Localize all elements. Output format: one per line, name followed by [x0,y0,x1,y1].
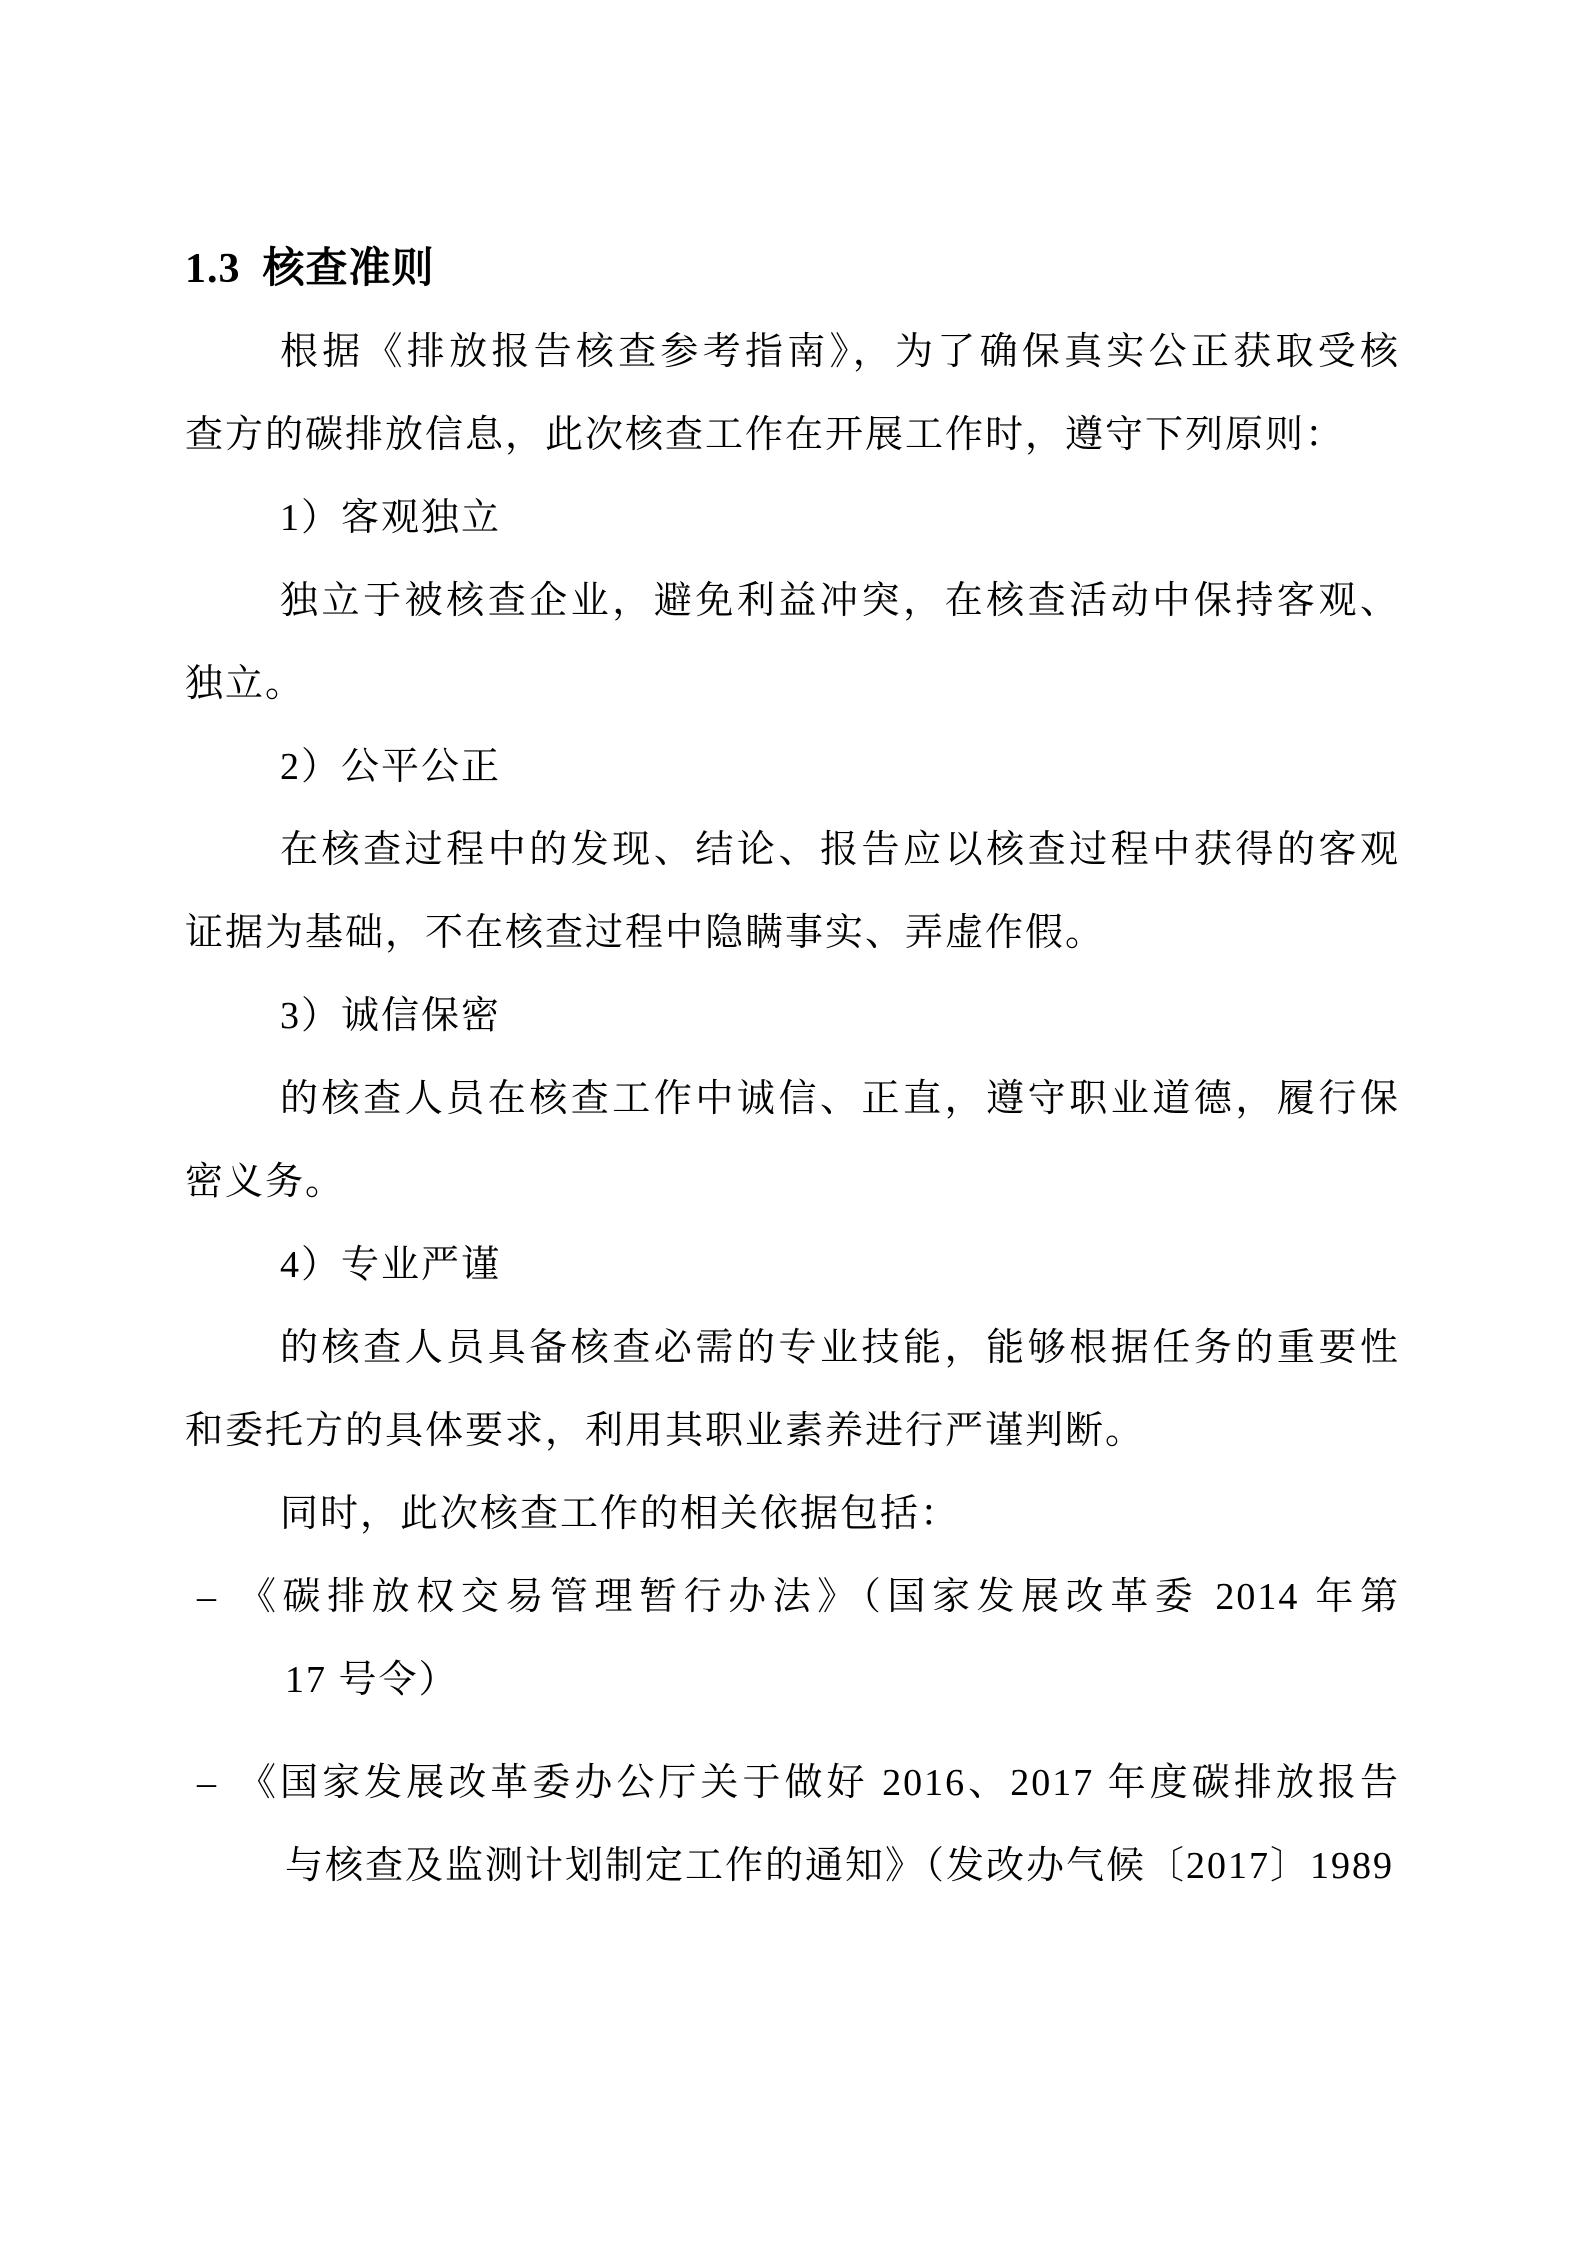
principle-2: 2）公平公正 在核查过程中的发现、结论、报告应以核查过程中获得的客观 证据为基础… [185,726,1400,975]
reference-item: – 《国家发展改革委办公厅关于做好 2016、2017 年度碳排放报告 与核查及… [185,1742,1400,1908]
text-line: 根据《排放报告核查参考指南》，为了确保真实公正获取受核 [185,311,1400,394]
intro-paragraph: 根据《排放报告核查参考指南》，为了确保真实公正获取受核 查方的碳排放信息，此次核… [185,311,1400,477]
text-line: 在核查过程中的发现、结论、报告应以核查过程中获得的客观 [185,809,1400,892]
document-page: 1.3核查准则 根据《排放报告核查参考指南》，为了确保真实公正获取受核 查方的碳… [0,0,1587,2245]
text-line: 的核查人员具备核查必需的专业技能，能够根据任务的重要性 [185,1307,1400,1390]
text-line: 的核查人员在核查工作中诚信、正直，遵守职业道德，履行保 [185,1058,1400,1141]
list-dash-marker: – [197,1742,216,1825]
principle-3: 3）诚信保密 的核查人员在核查工作中诚信、正直，遵守职业道德，履行保 密义务。 [185,975,1400,1224]
basis-intro-line: 同时，此次核查工作的相关依据包括： [185,1473,1400,1556]
section-title: 核查准则 [263,246,435,292]
text-line: 和委托方的具体要求，利用其职业素养进行严谨判断。 [185,1390,1400,1473]
text-line: 查方的碳排放信息，此次核查工作在开展工作时，遵守下列原则： [185,394,1400,477]
principle-title: 4）专业严谨 [185,1224,1400,1307]
text-line: 17 号令） [285,1639,1400,1722]
text-line: 独立。 [185,643,1400,726]
section-number: 1.3 [185,246,241,292]
reference-item: – 《碳排放权交易管理暂行办法》（国家发展改革委 2014 年第 17 号令） [185,1556,1400,1722]
text-line: 《国家发展改革委办公厅关于做好 2016、2017 年度碳排放报告 [285,1742,1400,1825]
principle-4: 4）专业严谨 的核查人员具备核查必需的专业技能，能够根据任务的重要性 和委托方的… [185,1224,1400,1473]
reference-list: – 《碳排放权交易管理暂行办法》（国家发展改革委 2014 年第 17 号令） … [185,1556,1400,1908]
principle-title: 1）客观独立 [185,477,1400,560]
text-line: 证据为基础，不在核查过程中隐瞒事实、弄虚作假。 [185,892,1400,975]
principle-1: 1）客观独立 独立于被核查企业，避免利益冲突，在核查活动中保持客观、 独立。 [185,477,1400,726]
text-line: 密义务。 [185,1141,1400,1224]
principle-title: 3）诚信保密 [185,975,1400,1058]
text-line: 与核查及监测计划制定工作的通知》（发改办气候〔2017〕1989 [285,1825,1400,1908]
text-line: 《碳排放权交易管理暂行办法》（国家发展改革委 2014 年第 [285,1556,1400,1639]
section-heading: 1.3核查准则 [185,228,1400,311]
principle-title: 2）公平公正 [185,726,1400,809]
list-dash-marker: – [197,1556,216,1639]
page-content: 1.3核查准则 根据《排放报告核查参考指南》，为了确保真实公正获取受核 查方的碳… [185,228,1400,1908]
text-line: 独立于被核查企业，避免利益冲突，在核查活动中保持客观、 [185,560,1400,643]
